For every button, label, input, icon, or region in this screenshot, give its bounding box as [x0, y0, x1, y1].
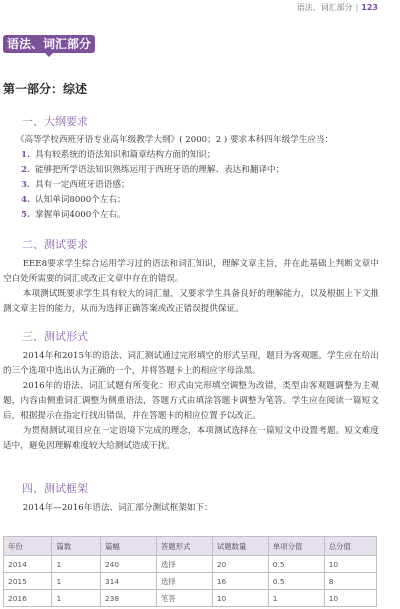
list-number: 3. [21, 178, 30, 193]
list-number: 1. [21, 148, 30, 163]
table-cell: 238 [100, 590, 156, 607]
table-cell: 选择 [156, 556, 212, 573]
column-header: 篇幅 [100, 537, 156, 556]
section-2-body: EEE8要求学生综合运用学习过的语法和词汇知识，理解文章主旨，并在此基础上判断文… [3, 257, 379, 317]
part-title: 第一部分：综述 [3, 80, 87, 97]
list-text: 能够把所学语法知识熟练运用于西班牙语的理解、表达和翻译中； [21, 165, 284, 175]
section-heading-3: 三、测试形式 [22, 328, 88, 344]
section-heading-2: 二、测试要求 [22, 236, 88, 252]
table-cell: 240 [100, 556, 156, 573]
table-cell: 10 [324, 590, 376, 607]
column-header: 试题数量 [212, 537, 268, 556]
paragraph: 本项测试既要求学生具有较大的词汇量，又要求学生具备良好的理解能力，以及根据上下文… [3, 287, 379, 317]
page-number: 123 [361, 3, 378, 12]
paragraph: 2016年的语法、词汇试题有所变化：形式由完形填空调整为改错，类型由客观题调整为… [3, 379, 379, 424]
table-cell: 0.5 [268, 573, 324, 590]
table-cell: 0.5 [268, 556, 324, 573]
paragraph: 2014年和2015年的语法、词汇测试通过完形填空的形式呈现，题目为客观题。学生… [3, 349, 379, 379]
table-cell: 10 [212, 590, 268, 607]
table-cell: 8 [324, 573, 376, 590]
list-item: 2.能够把所学语法知识熟练运用于西班牙语的理解、表达和翻译中； [3, 163, 379, 178]
table-cell: 16 [212, 573, 268, 590]
table-cell: 2015 [4, 573, 52, 590]
table-cell: 1 [52, 573, 100, 590]
list-item: 5.掌握单词4000个左右。 [3, 208, 379, 223]
column-header: 篇数 [52, 537, 100, 556]
section-4-body: 2014年—2016年语法、词汇部分测试框架如下： [3, 501, 379, 516]
list-text: 掌握单词4000个左右。 [21, 210, 126, 220]
table-cell: 10 [324, 556, 376, 573]
table-cell: 1 [52, 556, 100, 573]
column-header: 单项分值 [268, 537, 324, 556]
table-cell: 选择 [156, 573, 212, 590]
section-3-body: 2014年和2015年的语法、词汇测试通过完形填空的形式呈现，题目为客观题。学生… [3, 349, 379, 454]
list-number: 5. [21, 208, 30, 223]
list-number: 4. [21, 193, 30, 208]
list-text: 具有较系统的语法知识和篇章结构方面的知识； [21, 150, 215, 160]
list-text: 认知单词8000个左右； [21, 195, 126, 205]
running-header-section: 语法、词汇部分 [297, 3, 353, 12]
table-row: 2015 1 314 选择 16 0.5 8 [4, 573, 377, 590]
paragraph: 为贯彻测试项目应在一定语境下完成的理念，本项测试选择在一篇短文中设置考题。短文难… [3, 424, 379, 454]
table-row: 2016 1 238 笔答 10 1 10 [4, 590, 377, 607]
list-text: 具有一定西班牙语语感； [21, 180, 130, 190]
list-item: 1.具有较系统的语法知识和篇章结构方面的知识； [3, 148, 379, 163]
column-header: 总分值 [324, 537, 376, 556]
section-1-body: 《高等学校西班牙语专业高年级教学大纲》( 2000；2 ) 要求本科四年级学生应… [3, 133, 379, 223]
table-cell: 20 [212, 556, 268, 573]
paragraph: 2014年—2016年语法、词汇部分测试框架如下： [3, 501, 379, 516]
framework-table: 年份 篇数 篇幅 答题形式 试题数量 单项分值 总分值 2014 1 240 选… [3, 536, 377, 607]
table-row: 2014 1 240 选择 20 0.5 10 [4, 556, 377, 573]
table-header-row: 年份 篇数 篇幅 答题形式 试题数量 单项分值 总分值 [4, 537, 377, 556]
table-cell: 1 [268, 590, 324, 607]
column-header: 答题形式 [156, 537, 212, 556]
section-1-intro: 《高等学校西班牙语专业高年级教学大纲》( 2000；2 ) 要求本科四年级学生应… [3, 133, 379, 148]
list-item: 4.认知单词8000个左右； [3, 193, 379, 208]
column-header: 年份 [4, 537, 52, 556]
table-cell: 314 [100, 573, 156, 590]
section-heading-1: 一、大纲要求 [22, 113, 88, 129]
list-number: 2. [21, 163, 30, 178]
table-cell: 笔答 [156, 590, 212, 607]
chapter-badge: 语法、词汇部分 [3, 35, 95, 53]
section-heading-4: 四、测试框架 [22, 480, 88, 496]
paragraph: EEE8要求学生综合运用学习过的语法和词汇知识，理解文章主旨，并在此基础上判断文… [3, 257, 379, 287]
header-separator: | [356, 3, 359, 12]
running-header: 语法、词汇部分|123 [297, 2, 378, 13]
table-cell: 2014 [4, 556, 52, 573]
list-item: 3.具有一定西班牙语语感； [3, 178, 379, 193]
requirements-list: 1.具有较系统的语法知识和篇章结构方面的知识； 2.能够把所学语法知识熟练运用于… [3, 148, 379, 223]
table-cell: 2016 [4, 590, 52, 607]
table-cell: 1 [52, 590, 100, 607]
